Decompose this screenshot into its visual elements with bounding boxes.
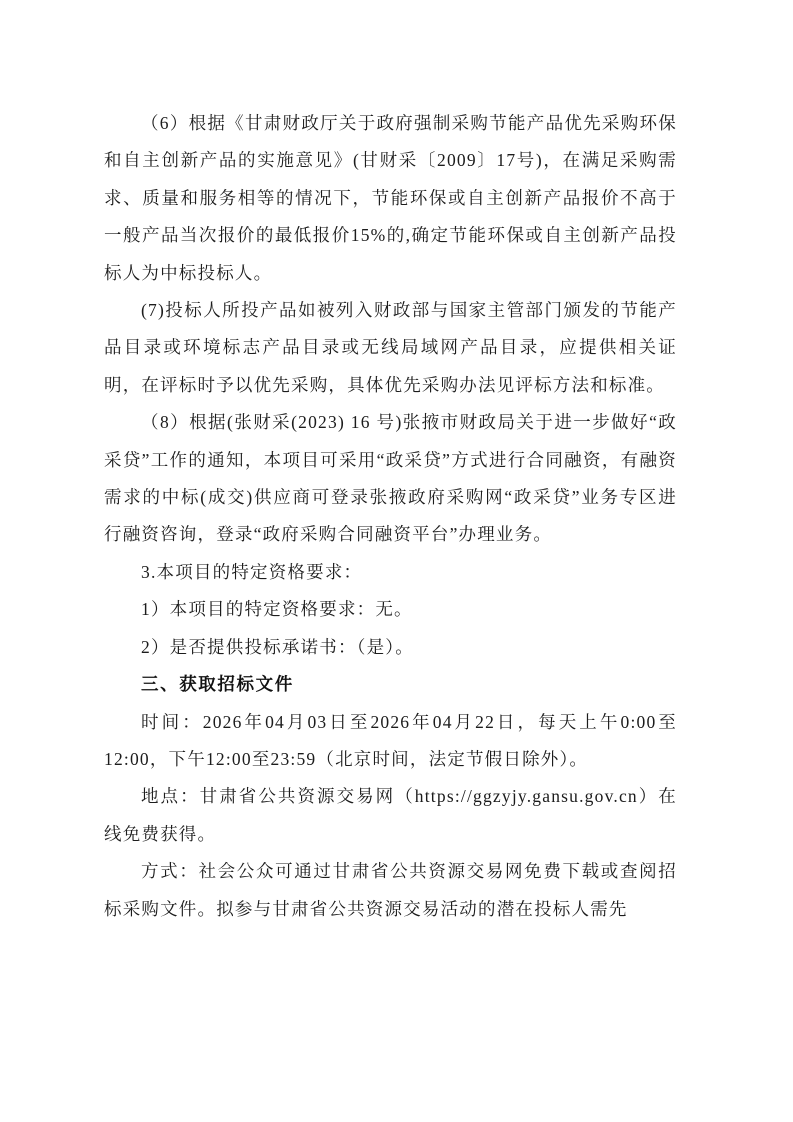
paragraph-method: 方式：社会公众可通过甘肃省公共资源交易网免费下载或查阅招标采购文件。拟参与甘肃省… [104, 853, 677, 928]
paragraph-bid-commitment: 2）是否提供投标承诺书：（是）。 [104, 629, 677, 666]
document-body: （6）根据《甘肃财政厅关于政府强制采购节能产品优先采购环保和自主创新产品的实施意… [104, 105, 677, 928]
paragraph-item-6: （6）根据《甘肃财政厅关于政府强制采购节能产品优先采购环保和自主创新产品的实施意… [104, 105, 677, 292]
paragraph-item-7: (7)投标人所投产品如被列入财政部与国家主管部门颁发的节能产品目录或环境标志产品… [104, 292, 677, 404]
paragraph-time: 时间：2026年04月03日至2026年04月22日，每天上午0:00至12:0… [104, 704, 677, 779]
paragraph-item-8: （8）根据(张财采(2023) 16 号)张掖市财政局关于进一步做好“政采贷”工… [104, 404, 677, 554]
document-page: （6）根据《甘肃财政厅关于政府强制采购节能产品优先采购环保和自主创新产品的实施意… [0, 0, 793, 1122]
section-heading-obtain-documents: 三、获取招标文件 [104, 666, 677, 703]
paragraph-special-qualification-none: 1）本项目的特定资格要求：无。 [104, 591, 677, 628]
paragraph-special-qualification: 3.本项目的特定资格要求： [104, 554, 677, 591]
paragraph-location: 地点：甘肃省公共资源交易网（https://ggzyjy.gansu.gov.c… [104, 778, 677, 853]
